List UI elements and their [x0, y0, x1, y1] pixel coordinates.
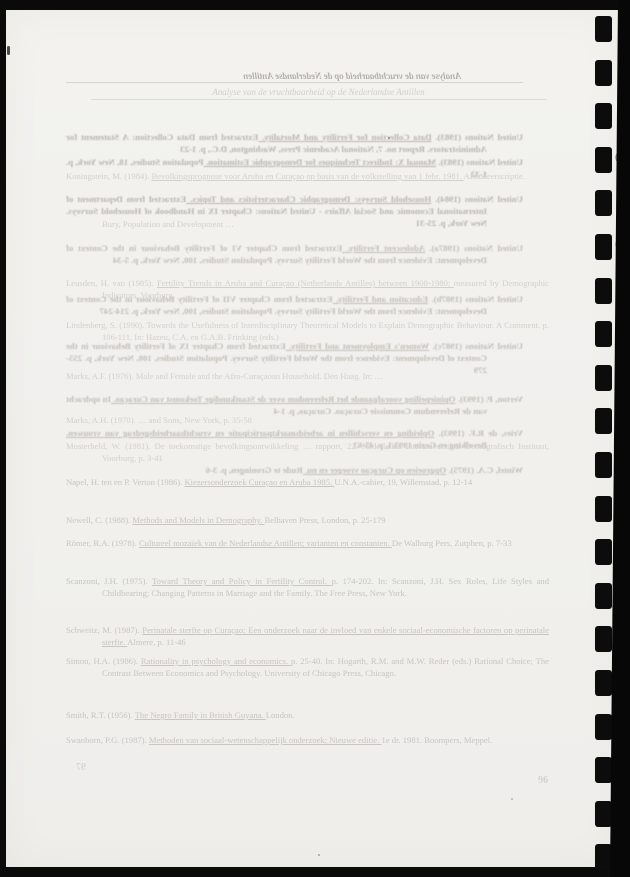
bibliography-entry: Mosterheld, W. (1981). De toekomstige be…: [66, 440, 549, 464]
entry-author-year: Vries, de R.F. (1993).: [434, 428, 523, 438]
entry-detail: De toekomstige bevolkingsontwikkeling … …: [102, 441, 549, 463]
entry-title: Toward Theory and Policy in Fertility Co…: [152, 576, 332, 586]
entry-author-year: Leusden, H. van (1985).: [66, 278, 157, 288]
bibliography-entry: Lindenberg, S. (1990). Towards the Usefu…: [66, 319, 549, 343]
binding-hole: [595, 278, 612, 304]
bibliography-entry-bleedthrough: United Nations (1987a). Adolescent Ferti…: [66, 242, 523, 266]
entry-author-year: United Nations (1987a).: [425, 243, 523, 253]
entry-title: Fertility Trends in Aruba and Curaçao (N…: [157, 278, 454, 288]
bibliography-entry: Swanborn, P.G. (1987). Methoden van soci…: [66, 734, 549, 746]
binding-hole: [595, 321, 612, 347]
bibliography-entry: Koningstein, M. (1984). Bevolkingsprogno…: [66, 170, 549, 182]
entry-detail: Afstudeerscriptie.: [464, 171, 525, 181]
entry-author-year: Napel, H. ten en P. Verton (1986).: [66, 477, 184, 487]
bibliography-entry: Marks, A.H. (1970). … and Sons, New York…: [66, 414, 549, 426]
bibliography-entry: Newell, C. (1988). Methods and Models in…: [66, 514, 549, 526]
entry-author-year: Newell, C. (1988).: [66, 515, 132, 525]
entry-title: Adolescent Fertility.: [342, 243, 425, 253]
entry-detail: Male and Female and the Afro-Curaçaoan H…: [136, 371, 383, 381]
entry-author-year: Römer, R.A. (1978).: [66, 538, 139, 548]
entry-title: Household Surveys: Demographic Character…: [186, 194, 431, 204]
entry-title: Manual X: Indirect Techniques for Demogr…: [204, 157, 436, 167]
entry-author-year: Scanzoni, J.H. (1975).: [66, 576, 152, 586]
binding-hole: [595, 496, 612, 522]
bibliography-entry: Marks, A.F. (1976). Male and Female and …: [66, 370, 549, 382]
bibliography-entry: Schweitz, M. (1987). Perinatale sterfte …: [66, 624, 549, 648]
entry-author-year: United Nations (1983).: [436, 157, 523, 167]
entry-detail: Towards the Usefulness of Interdisciplin…: [102, 320, 549, 342]
bibliography-entry: Leusden, H. van (1985). Fertility Trends…: [66, 277, 549, 301]
header-title-bleedthrough: Analyse van de vruchtbaarheid op de Nede…: [66, 71, 523, 81]
entry-author-year: Swanborn, P.G. (1987).: [66, 735, 149, 745]
scan-speck: [388, 137, 390, 139]
binding-hole: [595, 452, 612, 478]
entry-title: Bevolkingsprognose voor Aruba en Curaçao…: [151, 171, 463, 181]
entry-author-year: Lindenberg, S. (1990).: [66, 320, 147, 330]
bibliography-entry: Bury, Population and Development …: [66, 218, 549, 230]
scanned-page: Analyse van de vruchtbaarheid op de Nede…: [0, 0, 630, 877]
entry-title: Opleiding en verschillen in arbeidsmarkt…: [66, 428, 434, 438]
paper-sheet: Analyse van de vruchtbaarheid op de Nede…: [6, 10, 618, 867]
entry-detail: Belhaven Press, London, p. 25-179: [265, 515, 386, 525]
entry-author-year: United Nations (1984).: [431, 194, 523, 204]
entry-title: Methods and Models in Demography.: [132, 515, 264, 525]
entry-title: Rationality in psychology and economics.: [141, 656, 291, 666]
entry-title: Kiezersonderzoek Curaçao en Aruba 1985.: [184, 477, 334, 487]
binding-hole: [595, 408, 612, 434]
binding-hole: [595, 234, 612, 260]
entry-detail: Bury, Population and Development …: [102, 219, 234, 229]
binding-hole: [595, 365, 612, 391]
scan-speck: [7, 46, 10, 55]
page-number-bleedthrough: 97: [76, 762, 86, 773]
binding-hole: [595, 757, 612, 783]
entry-author-year: Mosterheld, W. (1981).: [66, 441, 155, 451]
bibliography-entry: Simon, H.A. (1986). Rationality in psych…: [66, 655, 549, 679]
binding-hole: [595, 844, 612, 870]
binding-hole: [595, 190, 612, 216]
entry-author-year: Schweitz, M. (1987).: [66, 625, 142, 635]
header-rule-bleedthrough: [66, 82, 523, 83]
entry-author-year: United Nations (1983).: [432, 132, 523, 142]
entry-title: Cultureel mozaïek van de Nederlandse Ant…: [139, 538, 392, 548]
entry-detail: De Walburg Pers, Zutphen, p. 7-33: [392, 538, 512, 548]
entry-author-year: Smith, R.T. (1956).: [66, 710, 135, 720]
entry-author-year: Wintel, C.A. (1975).: [446, 465, 523, 475]
binding-hole: [595, 60, 612, 86]
binding-hole: [595, 539, 612, 565]
entry-detail: … and Sons, New York, p. 35-58: [138, 415, 252, 425]
binding-hole: [595, 147, 612, 173]
entry-title: Methoden van sociaal-wetenschappelijk on…: [149, 735, 382, 745]
entry-title: Data Collection for Fertility and Mortal…: [258, 132, 431, 142]
bibliography-entry: Napel, H. ten en P. Verton (1986). Kieze…: [66, 476, 549, 488]
bibliography-entry-bleedthrough: Wintel, C.A. (1975). Opgroeien op Curaça…: [66, 464, 523, 476]
bibliography-entry: Scanzoni, J.H. (1975). Toward Theory and…: [66, 575, 549, 599]
entry-author-year: Simon, H.A. (1986).: [66, 656, 141, 666]
bibliography-entry-bleedthrough: United Nations (1983). Data Collection f…: [66, 131, 523, 155]
entry-title: The Negro Family in British Guyana.: [135, 710, 266, 720]
binding-hole: [595, 714, 612, 740]
binding-hole: [595, 103, 612, 129]
scan-speck: [511, 798, 513, 800]
binding-hole: [595, 583, 612, 609]
binding-hole: [595, 626, 612, 652]
bibliography-entry: Smith, R.T. (1956). The Negro Family in …: [66, 709, 549, 721]
entry-detail: 1e dr. 1981. Boompers, Meppel.: [382, 735, 493, 745]
binding-hole: [595, 16, 612, 42]
entry-detail: U.N.A.-cahier, 19, Willemstad, p. 12-14: [334, 477, 472, 487]
entry-detail: Rude te Groningen, p. 3-6: [206, 465, 303, 475]
bibliography-entry: Römer, R.A. (1978). Cultureel mozaïek va…: [66, 537, 549, 549]
entry-title: Opiniepeiling voorafgaande het Referendu…: [111, 394, 455, 404]
scan-speck: [318, 854, 320, 856]
entry-author-year: Marks, A.H. (1970).: [66, 415, 138, 425]
header-rule: [91, 99, 546, 100]
entry-title: Opgroeien op Curaçao vroeger en nu.: [303, 465, 446, 475]
entry-detail: Almere, p. 11-46: [127, 637, 185, 647]
entry-author-year: Marks, A.F. (1976).: [66, 371, 136, 381]
entry-author-year: Koningstein, M. (1984).: [66, 171, 151, 181]
binding-hole: [595, 801, 612, 827]
header-title: Analyse van de vruchtbaarheid op de Nede…: [91, 87, 546, 97]
entry-author-year: Verton, P. (1993).: [455, 394, 523, 404]
page-number: 96: [538, 775, 548, 786]
entry-detail: London.: [266, 710, 295, 720]
binding-hole: [595, 670, 612, 696]
